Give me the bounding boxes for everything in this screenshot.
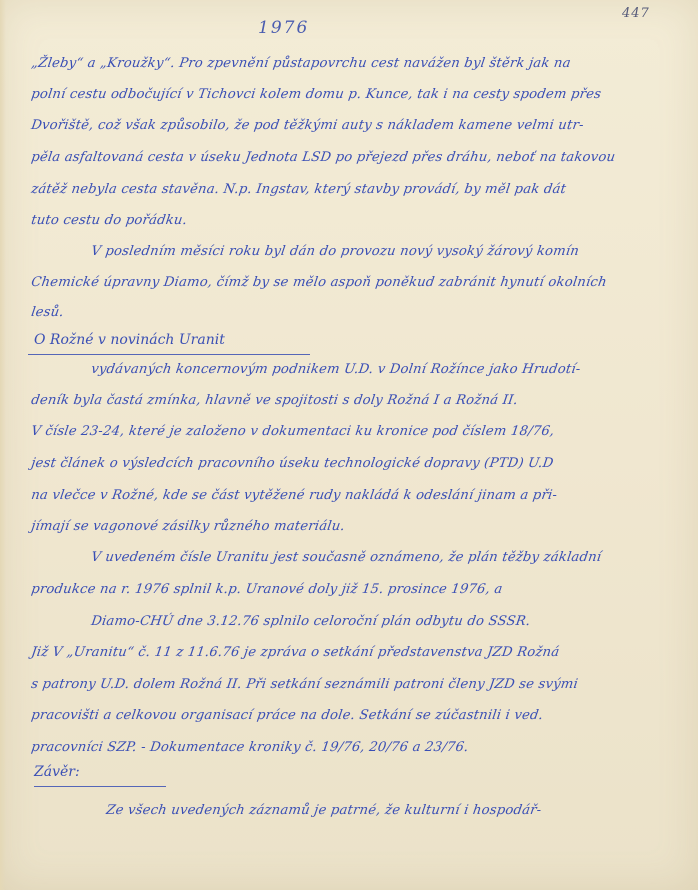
year-heading: 1976 (258, 18, 309, 38)
text-line: V posledním měsíci roku byl dán do provo… (90, 244, 580, 260)
section-heading-zaver: Závěr: (34, 764, 80, 780)
text-line: V čísle 23-24, které je založeno v dokum… (30, 424, 555, 440)
page-number: 447 (622, 6, 650, 21)
text-line: pracovníci SZP. - Dokumentace kroniky č.… (30, 740, 469, 756)
text-line: pracovišti a celkovou organisací práce n… (30, 708, 544, 724)
text-line: tuto cestu do pořádku. (30, 213, 188, 229)
text-line: „Žleby“ a „Kroužky“. Pro zpevnění půstap… (30, 56, 572, 72)
text-line: Dvořiště, což však způsobilo, že pod těž… (30, 118, 585, 134)
text-line: Chemické úpravny Diamo, čímž by se mělo … (30, 275, 608, 291)
text-line: s patrony U.D. dolem Rožná II. Při setká… (30, 677, 579, 693)
text-line: na vlečce v Rožné, kde se část vytěžené … (30, 488, 558, 504)
text-line: lesů. (30, 305, 65, 321)
text-line: Již V „Uranitu“ č. 11 z 11.6.76 je zpráv… (30, 645, 560, 661)
text-line: zátěž nebyla cesta stavěna. N.p. Ingstav… (30, 182, 567, 198)
text-line: deník byla častá zmínka, hlavně ve spoji… (30, 393, 519, 409)
section-heading-uranit: O Rožné v novinách Uranit (34, 332, 225, 348)
text-line: jest článek o výsledcích pracovního úsek… (30, 456, 554, 472)
text-line: produkce na r. 1976 splnil k.p. Uranové … (30, 582, 504, 598)
text-line: Diamo-CHÚ dne 3.12.76 splnilo celoroční … (90, 614, 531, 630)
text-line: V uvedeném čísle Uranitu jest současně o… (90, 550, 602, 566)
text-line: Ze všech uvedených záznamů je patrné, že… (105, 803, 542, 819)
text-line: vydávaných koncernovým podnikem U.D. v D… (90, 362, 581, 378)
text-line: jímají se vagonové zásilky různého mater… (30, 519, 346, 535)
text-line: pěla asfaltovaná cesta v úseku Jednota L… (30, 150, 616, 166)
heading-underline (28, 354, 310, 355)
text-line: polní cestu odbočující v Tichovci kolem … (30, 87, 602, 103)
manuscript-page: 447 1976 „Žleby“ a „Kroužky“. Pro zpevně… (0, 0, 698, 890)
heading-underline (34, 786, 166, 787)
